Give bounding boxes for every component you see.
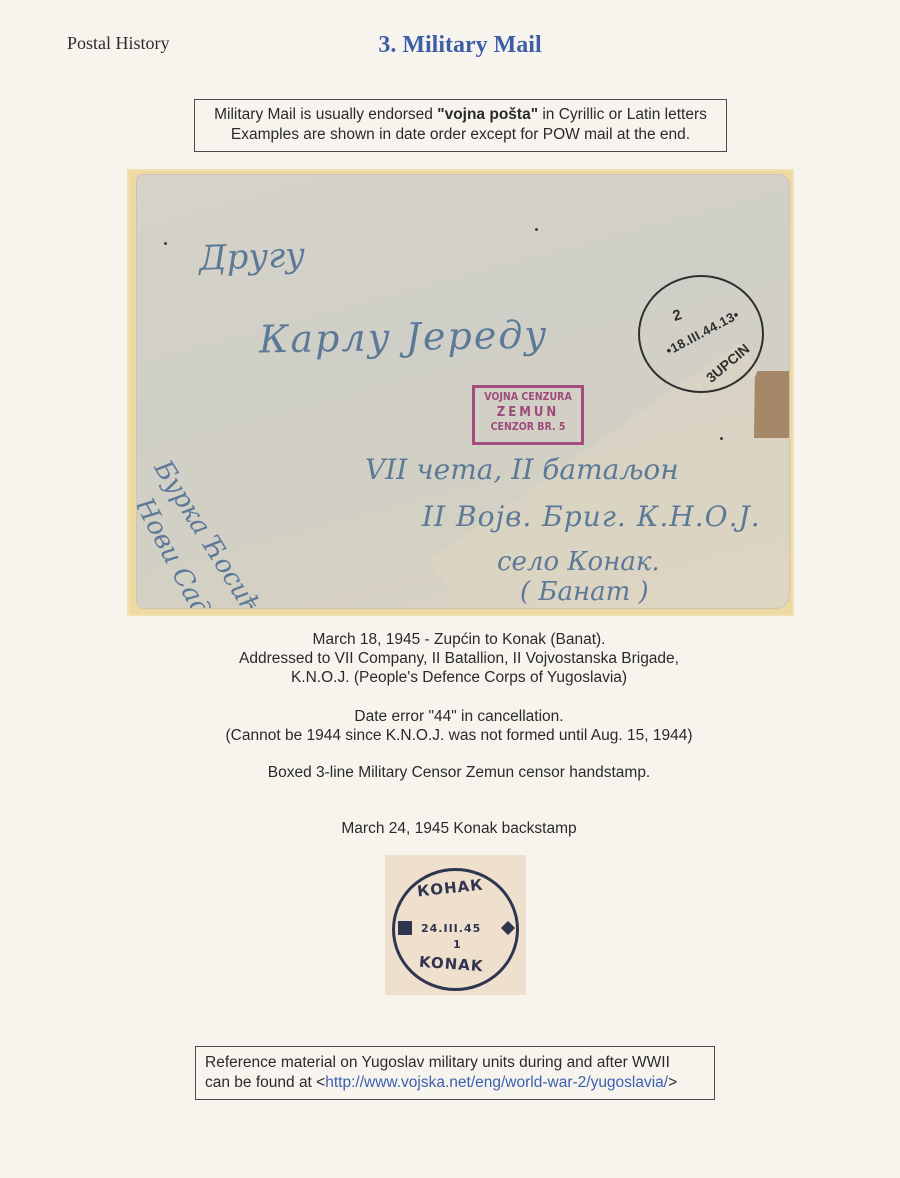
backstamp-top-text: КОНАК [416,876,484,901]
reference-line-2: can be found at <http://www.vojska.net/e… [205,1073,714,1093]
censor-note: Boxed 3-line Military Censor Zemun censo… [0,763,900,782]
tape-fragment [754,371,789,438]
backstamp-diamond [501,921,515,935]
intro-box: Military Mail is usually endorsed "vojna… [194,99,727,152]
ink-spot [535,228,538,231]
postmark-town: 3UPCIN [703,340,753,385]
description-line: Date error "44" in cancellation. [18,707,900,726]
intro-text: Military Mail is usually endorsed [214,106,437,123]
address-handwriting-line: Карлу Јереду [259,312,549,361]
censor-handstamp: VOJNA CENZURA ZEMUN CENZOR BR. 5 [472,385,584,445]
description-line: Addressed to VII Company, II Batallion, … [18,649,900,668]
reference-text: can be found at < [205,1074,325,1091]
backstamp-date: 24.III.45 [421,922,481,935]
censor-line-2: ZEMUN [475,405,581,420]
intro-emphasis: "vojna pošta" [437,106,538,123]
address-handwriting-line: Другу [198,235,305,279]
intro-text: in Cyrillic or Latin letters [538,106,707,123]
backstamp-caption: March 24, 1945 Konak backstamp [0,819,900,838]
reference-link[interactable]: http://www.vojska.net/eng/world-war-2/yu… [325,1074,668,1091]
backstamp-ring: КОНАК 24.III.45 1 KONAK [392,868,519,991]
address-handwriting-line: VII чета, II батаљон [365,453,679,486]
page-title: 3. Military Mail [0,32,900,59]
description-line: (Cannot be 1944 since K.N.O.J. was not f… [18,726,900,745]
ink-spot [164,242,167,245]
address-handwriting-line: ( Банат ) [520,577,649,607]
envelope-image: Другу Карлу Јереду VII чета, II батаљон … [137,175,789,608]
cover-mount: Другу Карлу Јереду VII чета, II батаљон … [127,169,794,616]
reference-text: > [668,1074,677,1091]
censor-line-3: CENZOR BR. 5 [475,420,581,435]
date-error-note: Date error "44" in cancellation. (Cannot… [0,707,900,745]
reference-line-1: Reference material on Yugoslav military … [205,1053,714,1073]
postmark-number: 2 [671,306,684,325]
censor-line-1: VOJNA CENZURA [475,390,581,405]
ink-spot [720,437,723,440]
intro-line-1: Military Mail is usually endorsed "vojna… [195,105,726,125]
cover-description: March 18, 1945 - Zupćin to Konak (Banat)… [0,630,900,687]
backstamp-bar [398,921,412,935]
description-line: K.N.O.J. (People's Defence Corps of Yugo… [18,668,900,687]
postmark-cancellation: 2 •18.III.44.13• 3UPCIN [638,275,764,393]
intro-line-2: Examples are shown in date order except … [195,125,726,145]
backstamp-image: КОНАК 24.III.45 1 KONAK [385,855,526,995]
backstamp-bottom-text: KONAK [418,953,484,975]
backstamp-number: 1 [453,938,461,951]
description-line: March 18, 1945 - Zupćin to Konak (Banat)… [18,630,900,649]
reference-box: Reference material on Yugoslav military … [195,1046,715,1100]
address-handwriting-line: II Војв. Бриг. К.Н.О.Ј. [422,500,761,533]
address-handwriting-line: село Конак. [497,547,660,577]
